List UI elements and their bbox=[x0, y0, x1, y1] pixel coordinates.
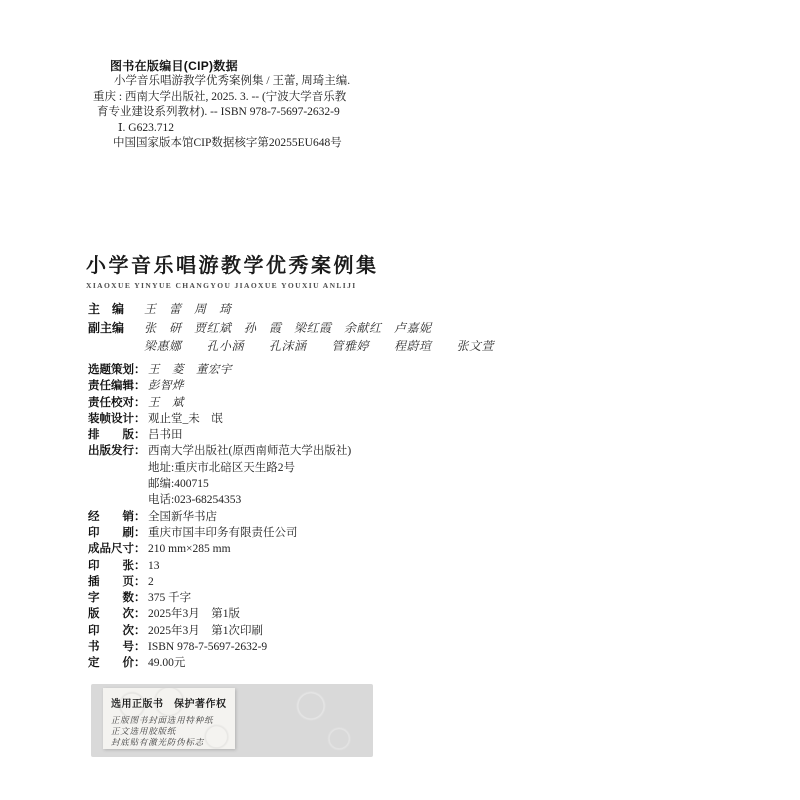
info-value: 吕书田 bbox=[148, 429, 183, 441]
info-row: 印 刷：重庆市国丰印务有限责任公司 bbox=[88, 525, 351, 541]
stamp-line: 正版图书封面选用特种纸 bbox=[111, 715, 235, 726]
info-value: 49.00元 bbox=[148, 657, 185, 669]
cip-line: 育专业建设系列教材). -- ISBN 978-7-5697-2632-9 bbox=[97, 105, 482, 120]
info-row-sub: 邮编:400715 bbox=[88, 476, 351, 492]
info-label: 字 数： bbox=[88, 590, 148, 606]
deputy-editor-names-row1: 张 研 贾红斌 孙 霞 梁红霞 余献红 卢嘉妮 bbox=[144, 319, 432, 338]
stamp-lines: 正版图书封面选用特种纸 正文选用胶版纸 封底贴有激光防伪标志 bbox=[111, 715, 235, 748]
info-row-sub: 电话:023-68254353 bbox=[88, 492, 351, 508]
publication-info-block: 选题策划：王 菱 董宏宇 责任编辑：彭智烨 责任校对：王 斌 装帧设计：观止堂_… bbox=[88, 362, 351, 672]
info-label: 责任编辑： bbox=[88, 378, 148, 394]
chief-editor-label: 主 编 bbox=[88, 300, 144, 319]
info-label: 印 张： bbox=[88, 558, 148, 574]
stamp-header: 选用正版书 保护著作权 bbox=[111, 695, 235, 710]
info-value: 王 菱 董宏宇 bbox=[148, 364, 232, 376]
info-value: ISBN 978-7-5697-2632-9 bbox=[148, 641, 267, 653]
info-value: 彭智烨 bbox=[148, 380, 184, 392]
info-row: 装帧设计：观止堂_未 氓 bbox=[88, 411, 351, 427]
book-title: 小学音乐唱游教学优秀案例集 bbox=[86, 249, 379, 278]
editors-block: 主 编 王 蕾 周 琦 副主编 张 研 贾红斌 孙 霞 梁红霞 余献红 卢嘉妮 … bbox=[88, 300, 494, 356]
info-row: 定 价：49.00元 bbox=[88, 655, 351, 671]
info-value: 电话:023-68254353 bbox=[148, 494, 241, 506]
info-value: 2025年3月 第1次印刷 bbox=[148, 625, 263, 637]
info-value: 375 千字 bbox=[148, 592, 191, 604]
info-row: 排 版：吕书田 bbox=[88, 427, 351, 443]
info-label: 印 刷： bbox=[88, 525, 148, 541]
info-value: 2025年3月 第1版 bbox=[148, 608, 240, 620]
info-row-sub: 地址:重庆市北碚区天生路2号 bbox=[88, 460, 351, 476]
info-row: 成品尺寸：210 mm×285 mm bbox=[88, 541, 351, 557]
info-label: 插 页： bbox=[88, 574, 148, 590]
info-value: 西南大学出版社(原西南师范大学出版社) bbox=[148, 445, 351, 457]
info-value: 210 mm×285 mm bbox=[148, 543, 231, 555]
cip-block: 图书在版编目(CIP)数据 小学音乐唱游教学优秀案例集 / 王蕾, 周琦主编. … bbox=[92, 59, 482, 151]
info-label: 选题策划： bbox=[88, 362, 148, 378]
info-value: 地址:重庆市北碚区天生路2号 bbox=[148, 462, 295, 474]
info-row: 责任校对：王 斌 bbox=[88, 395, 351, 411]
cip-line: 小学音乐唱游教学优秀案例集 / 王蕾, 周琦主编. bbox=[114, 74, 482, 89]
info-row: 选题策划：王 菱 董宏宇 bbox=[88, 362, 351, 378]
deputy-editor-row2: 梁惠娜 孔小涵 孔沫涵 管雅婷 程蔚瑄 张文萱 bbox=[88, 337, 494, 356]
copyright-stamp: 选用正版书 保护著作权 正版图书封面选用特种纸 正文选用胶版纸 封底贴有激光防伪… bbox=[91, 684, 373, 757]
info-label: 印 次： bbox=[88, 623, 148, 639]
info-label: 版 次： bbox=[88, 606, 148, 622]
cip-line: Ⅰ. G623.712 bbox=[118, 121, 482, 136]
chief-editor-row: 主 编 王 蕾 周 琦 bbox=[88, 300, 494, 319]
cip-header: 图书在版编目(CIP)数据 bbox=[110, 59, 482, 74]
info-label: 定 价： bbox=[88, 655, 148, 671]
cip-line: 中国国家版本馆CIP数据核字第20255EU648号 bbox=[113, 136, 482, 151]
title-block: 小学音乐唱游教学优秀案例集 XIAOXUE YINYUE CHANGYOU JI… bbox=[86, 249, 379, 290]
info-label: 排 版： bbox=[88, 427, 148, 443]
deputy-editor-row: 副主编 张 研 贾红斌 孙 霞 梁红霞 余献红 卢嘉妮 bbox=[88, 319, 494, 338]
copyright-stamp-inner: 选用正版书 保护著作权 正版图书封面选用特种纸 正文选用胶版纸 封底贴有激光防伪… bbox=[103, 688, 235, 749]
chief-editor-names: 王 蕾 周 琦 bbox=[144, 300, 232, 319]
copyright-page: 图书在版编目(CIP)数据 小学音乐唱游教学优秀案例集 / 王蕾, 周琦主编. … bbox=[0, 0, 800, 800]
info-label: 经 销： bbox=[88, 509, 148, 525]
info-row: 经 销：全国新华书店 bbox=[88, 509, 351, 525]
info-row: 印 次：2025年3月 第1次印刷 bbox=[88, 623, 351, 639]
deputy-editor-label-spacer bbox=[88, 337, 144, 356]
info-label: 出版发行： bbox=[88, 443, 148, 459]
info-label: 责任校对： bbox=[88, 395, 148, 411]
info-label: 成品尺寸： bbox=[88, 541, 148, 557]
info-value: 2 bbox=[148, 576, 154, 588]
cip-line: 重庆 : 西南大学出版社, 2025. 3. -- (宁波大学音乐教 bbox=[93, 90, 482, 105]
info-label: 书 号： bbox=[88, 639, 148, 655]
info-value: 全国新华书店 bbox=[148, 511, 217, 523]
book-title-pinyin: XIAOXUE YINYUE CHANGYOU JIAOXUE YOUXIU A… bbox=[86, 281, 379, 290]
info-row: 书 号：ISBN 978-7-5697-2632-9 bbox=[88, 639, 351, 655]
info-value: 13 bbox=[148, 560, 160, 572]
info-value: 重庆市国丰印务有限责任公司 bbox=[148, 527, 298, 539]
info-row: 责任编辑：彭智烨 bbox=[88, 378, 351, 394]
stamp-line: 正文选用胶版纸 bbox=[111, 726, 235, 737]
stamp-line: 封底贴有激光防伪标志 bbox=[111, 737, 235, 748]
deputy-editor-label: 副主编 bbox=[88, 319, 144, 338]
info-row: 字 数：375 千字 bbox=[88, 590, 351, 606]
info-row: 印 张：13 bbox=[88, 558, 351, 574]
info-row: 版 次：2025年3月 第1版 bbox=[88, 606, 351, 622]
info-value: 邮编:400715 bbox=[148, 478, 209, 490]
info-row: 出版发行：西南大学出版社(原西南师范大学出版社) bbox=[88, 443, 351, 459]
deputy-editor-names-row2: 梁惠娜 孔小涵 孔沫涵 管雅婷 程蔚瑄 张文萱 bbox=[144, 337, 494, 356]
info-label: 装帧设计： bbox=[88, 411, 148, 427]
info-value: 观止堂_未 氓 bbox=[148, 413, 223, 425]
info-row: 插 页：2 bbox=[88, 574, 351, 590]
info-value: 王 斌 bbox=[148, 397, 184, 409]
